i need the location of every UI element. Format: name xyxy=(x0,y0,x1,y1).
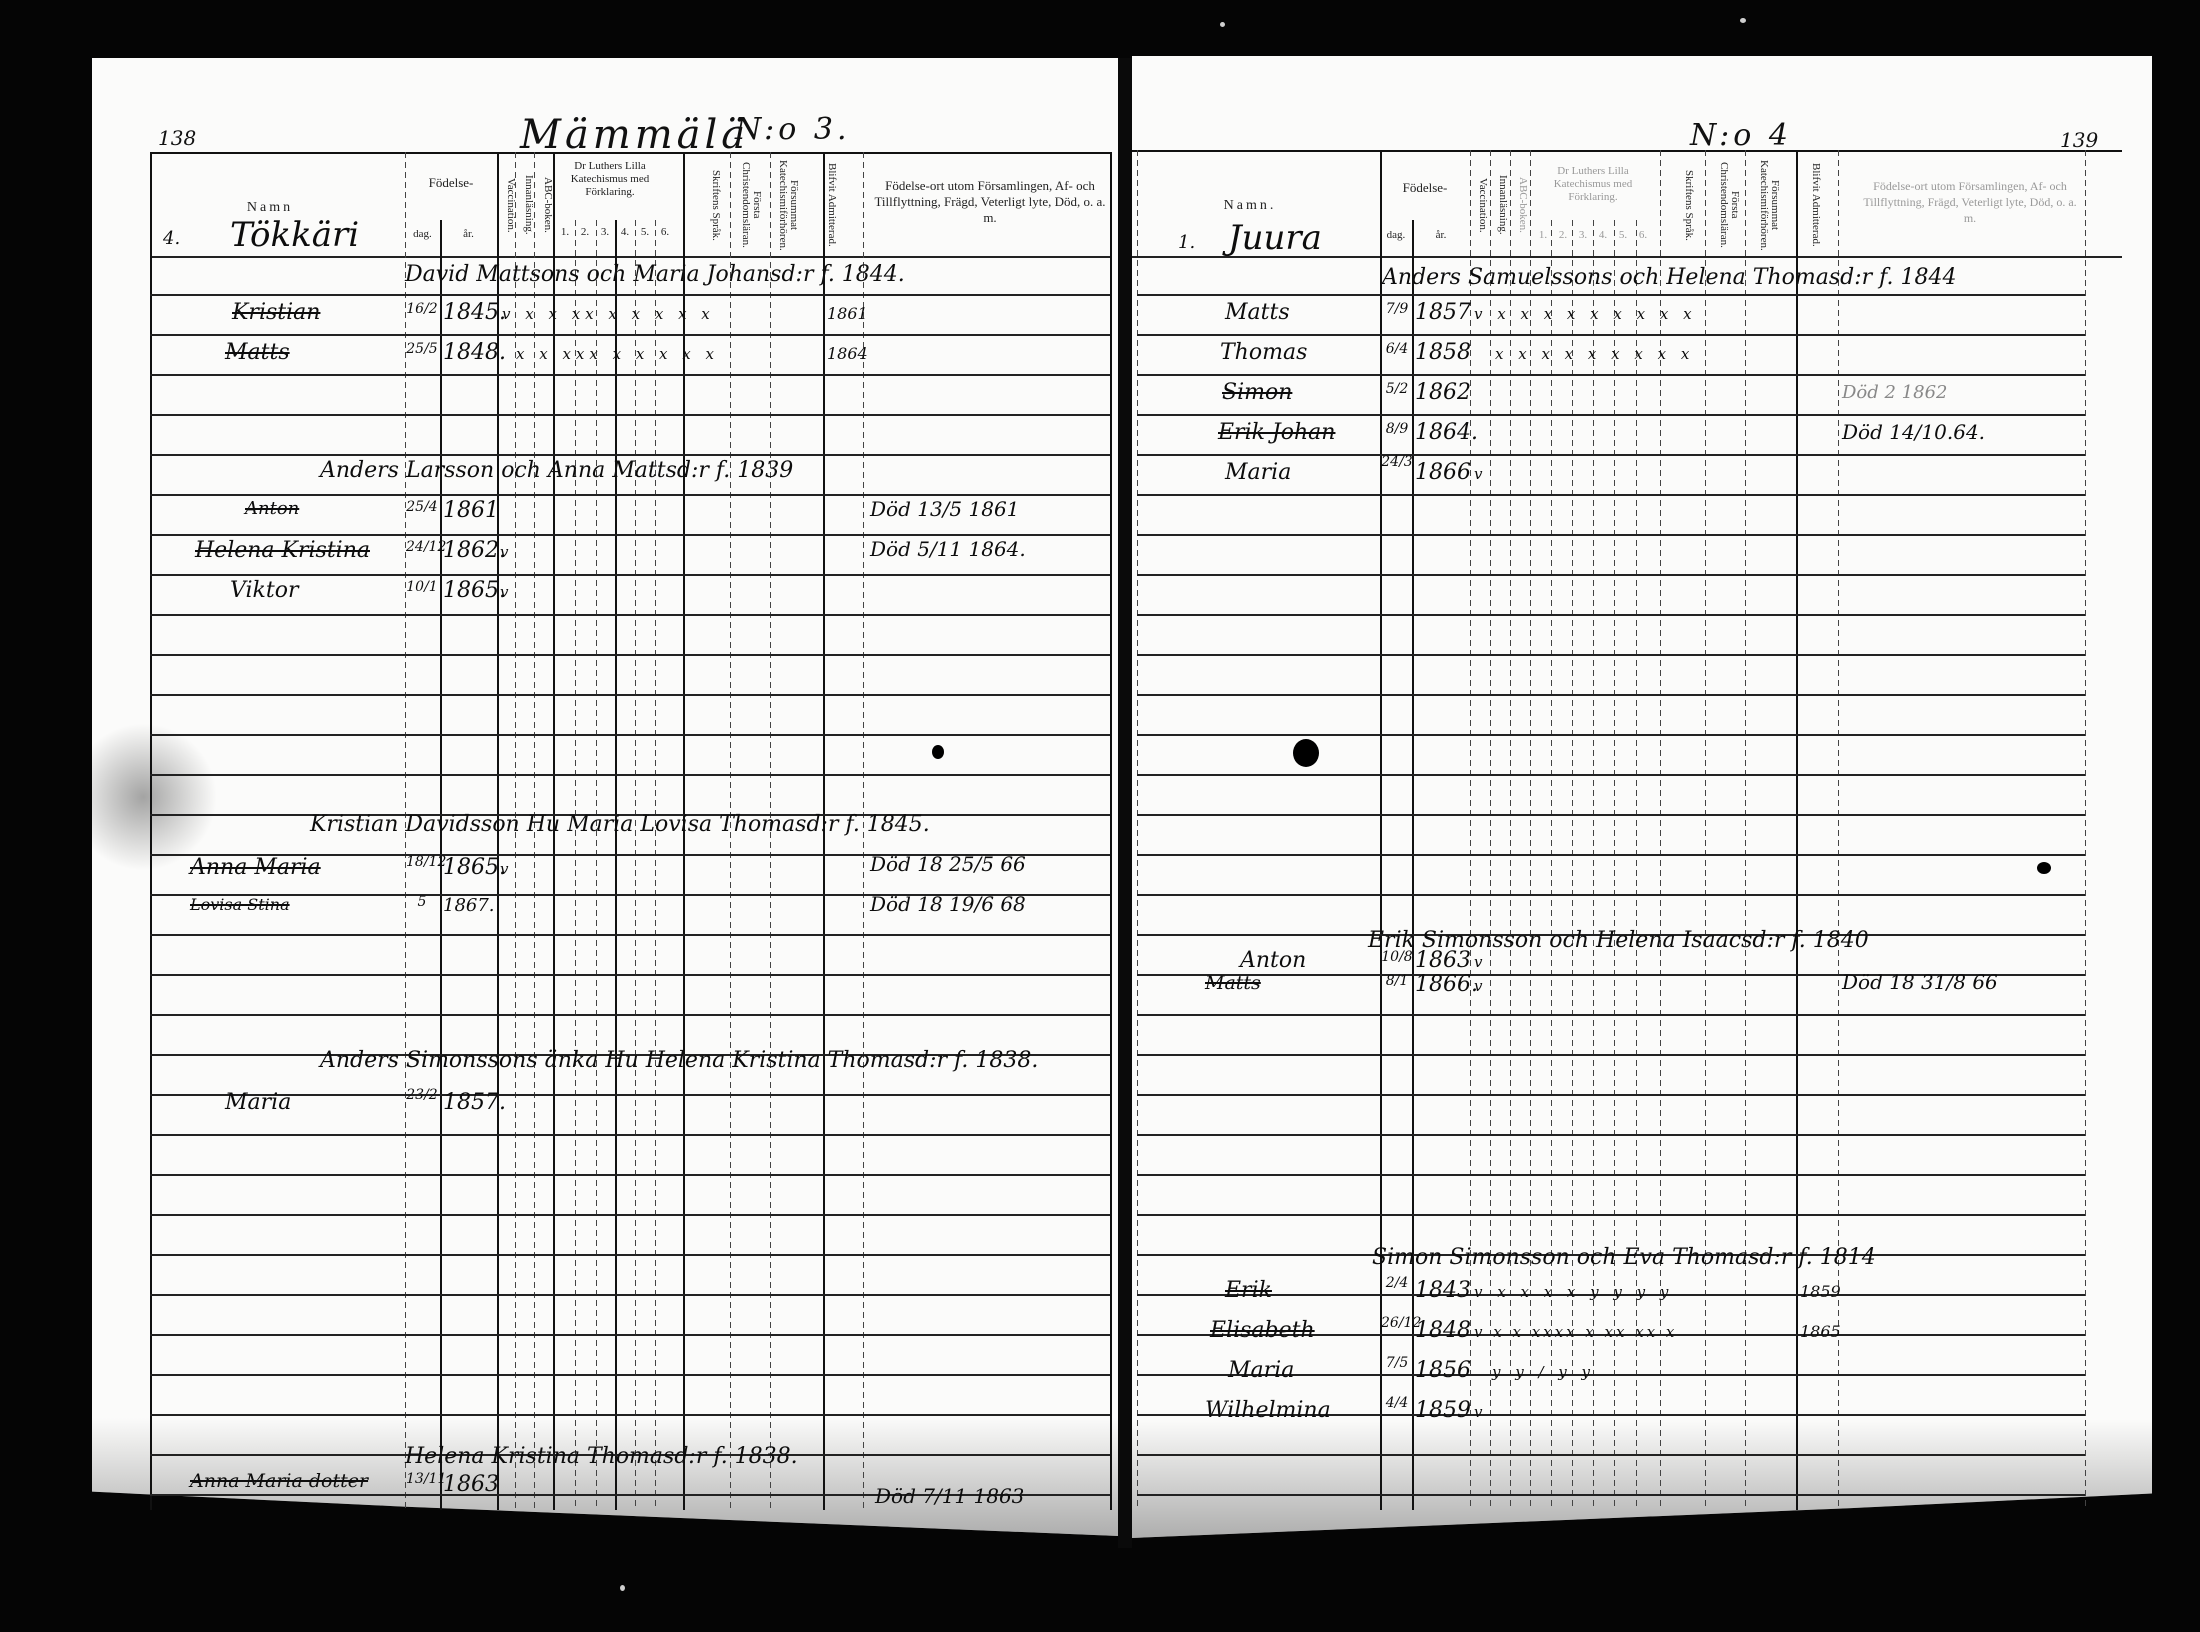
member-birth-year: 1867. xyxy=(443,895,495,916)
catechism-col-3: 3. xyxy=(1573,228,1593,243)
household-heading: Helena Kristina Thomasd:r f. 1838. xyxy=(405,1444,798,1469)
household-heading: Kristian Davidsson Hu Maria Lovisa Thoma… xyxy=(310,812,930,837)
member-name: Anton xyxy=(1240,948,1306,973)
member-remark: Död 18 31/8 66 xyxy=(1842,970,1998,994)
member-marks: v xyxy=(1474,465,1487,483)
member-birth-day: 13/11 xyxy=(406,1472,438,1486)
catechism-col-2: 2. xyxy=(1553,228,1573,243)
member-name: Viktor xyxy=(230,578,298,603)
left-farm-number: 4. xyxy=(163,228,180,249)
ink-blot xyxy=(2037,862,2051,874)
catechism-col-5: 5. xyxy=(635,225,655,240)
household-heading: Anders Larsson och Anna Mattsd:r f. 1839 xyxy=(320,458,793,483)
member-name: Anna Maria dotter xyxy=(190,1470,368,1492)
member-marks: v x x xx x x x x x xyxy=(502,305,715,323)
member-name: Anna Maria xyxy=(190,855,321,880)
member-name: Simon xyxy=(1222,380,1292,405)
member-birth-day: 24/12 xyxy=(406,540,438,554)
member-marks: v xyxy=(1474,977,1487,995)
col-header-birth-day: dag. xyxy=(405,227,440,242)
member-birth-year: 1865. xyxy=(443,578,506,603)
member-birth-year: 1866 xyxy=(1415,460,1471,485)
household-heading: Anders Simonssons änka Hu Helena Kristin… xyxy=(320,1048,1038,1073)
member-admitted: 1864 xyxy=(827,344,868,363)
member-birth-year: 1862 xyxy=(1415,380,1471,405)
member-birth-day: 25/5 xyxy=(406,342,438,356)
left-farm-name: Tökkäri xyxy=(230,215,359,255)
member-birth-year: 1866. xyxy=(1415,972,1478,997)
member-birth-day: 5 xyxy=(406,895,438,909)
catechism-col-4: 4. xyxy=(615,225,635,240)
right-page-number: 139 xyxy=(2060,128,2098,152)
member-birth-day: 8/9 xyxy=(1381,422,1413,436)
col-header-catechism: Dr Luthers Lilla Katechismus med Förklar… xyxy=(555,160,665,199)
member-marks: v xyxy=(1474,953,1487,971)
right-table-right-border xyxy=(2085,150,2086,1510)
member-birth-day: 23/2 xyxy=(406,1088,438,1102)
member-birth-day: 10/1 xyxy=(406,580,438,594)
col-header-christian-doctrine: Första Christendomsläran. xyxy=(1718,160,1740,250)
member-birth-year: 1859 xyxy=(1415,1398,1471,1423)
col-header-name: Namn. xyxy=(1200,198,1300,213)
member-name: Maria xyxy=(1225,460,1291,485)
household-heading: David Mattsons och Maria Johansd:r f. 18… xyxy=(405,262,905,287)
member-birth-day: 26/12 xyxy=(1381,1316,1413,1330)
col-header-christian-doctrine: Första Christendomsläran. xyxy=(740,160,762,250)
member-birth-day: 16/2 xyxy=(406,302,438,316)
col-header-abc: ABC-boken. xyxy=(1517,160,1529,250)
member-birth-year: 1848 xyxy=(1415,1318,1471,1343)
member-remark: Död 13/5 1861 xyxy=(870,497,1019,521)
ink-blot xyxy=(932,745,944,759)
left-page-title-number: N:o 3. xyxy=(735,112,851,147)
household-heading: Simon Simonsson och Eva Thomasd:r f. 181… xyxy=(1372,1245,1876,1270)
catechism-col-6: 6. xyxy=(655,225,675,240)
member-birth-year: 1862. xyxy=(443,538,506,563)
member-name: Erik Johan xyxy=(1218,420,1335,445)
ink-blot xyxy=(1293,739,1319,767)
col-header-writing: Skriftens Språk. xyxy=(1683,160,1695,250)
member-name: Anton xyxy=(245,498,299,519)
member-marks: x x x x x x x x x xyxy=(1495,345,1694,363)
member-marks: v xyxy=(1474,1403,1487,1421)
scan-speck xyxy=(1740,18,1746,23)
col-header-birth-day: dag. xyxy=(1380,228,1412,243)
member-remark: Död 2 1862 xyxy=(1842,382,1948,403)
right-farm-number: 1. xyxy=(1178,232,1195,253)
member-birth-year: 1863 xyxy=(1415,948,1471,973)
member-name: Elisabeth xyxy=(1210,1318,1315,1343)
col-header-admitted: Blifvit Admitterad. xyxy=(826,160,837,250)
col-header-name: Namn xyxy=(200,200,340,215)
member-marks: v x x x x y y y y xyxy=(1474,1283,1673,1301)
catechism-col-3: 3. xyxy=(595,225,615,240)
member-birth-year: 1858 xyxy=(1415,340,1471,365)
member-admitted: 1859 xyxy=(1800,1282,1841,1301)
member-name: Matts xyxy=(1225,300,1290,325)
left-header-top-rule xyxy=(150,152,1110,154)
col-header-birth-year: år. xyxy=(1412,228,1470,243)
catechism-col-1: 1. xyxy=(1533,228,1553,243)
catechism-col-2: 2. xyxy=(575,225,595,240)
member-name: Lovisa Stina xyxy=(190,895,290,914)
member-name: Maria xyxy=(1228,1358,1294,1383)
col-header-writing: Skriftens Språk. xyxy=(710,160,722,250)
scan-speck xyxy=(1220,22,1225,27)
member-birth-year: 1864. xyxy=(1415,420,1478,445)
col-header-remarks: Födelse-ort utom Församlingen, Af- och T… xyxy=(870,178,1110,226)
member-admitted: 1861 xyxy=(827,304,868,323)
member-birth-day: 18/12 xyxy=(406,855,438,869)
catechism-col-5: 5. xyxy=(1613,228,1633,243)
member-birth-year: 1863 xyxy=(443,1472,499,1497)
member-marks: v x x x x x x x x x xyxy=(1474,305,1697,323)
member-marks: v xyxy=(500,543,513,561)
member-birth-year: 1857 xyxy=(1415,300,1471,325)
member-birth-day: 5/2 xyxy=(1381,382,1413,396)
member-birth-day: 10/8 xyxy=(1381,950,1413,964)
col-header-reading: Innanläsning. xyxy=(1497,160,1509,250)
member-birth-day: 8/1 xyxy=(1381,974,1413,988)
col-header-admitted: Blifvit Admitterad. xyxy=(1810,160,1821,250)
member-remark: Död 18 19/6 68 xyxy=(870,892,1026,916)
household-heading: Anders Samuelssons och Helena Thomasd:r … xyxy=(1382,265,1956,290)
right-farm-name: Juura xyxy=(1228,218,1322,258)
member-birth-year: 1848. xyxy=(443,340,506,365)
member-name: Matts xyxy=(225,340,290,365)
member-name: Wilhelmina xyxy=(1205,1398,1331,1423)
catechism-col-4: 4. xyxy=(1593,228,1613,243)
member-remark: Död 7/11 1863 xyxy=(875,1484,1024,1508)
col-header-birth: Födelse- xyxy=(405,175,497,190)
right-page-title-number: N:o 4 xyxy=(1690,118,1792,153)
member-marks: v x x xxxx x xx xx x xyxy=(1474,1323,1677,1341)
member-name: Maria xyxy=(225,1090,291,1115)
left-page-number: 138 xyxy=(158,126,196,150)
left-ruled-lines xyxy=(150,256,1110,1512)
member-name: Thomas xyxy=(1220,340,1307,365)
member-name: Kristian xyxy=(232,300,320,325)
member-admitted: 1865 xyxy=(1800,1322,1841,1341)
left-table-right-border xyxy=(1110,152,1112,1510)
col-header-catechism-teachers: Försummat Katechismiförhören. xyxy=(777,160,799,250)
col-header-vaccination: Vaccination. xyxy=(1477,160,1489,250)
member-remark: Död 18 25/5 66 xyxy=(870,852,1026,876)
col-header-catechism: Dr Luthers Lilla Katechismus med Förklar… xyxy=(1533,165,1653,204)
member-birth-day: 7/9 xyxy=(1381,302,1413,316)
book-spine xyxy=(1118,58,1132,1548)
member-name: Erik xyxy=(1225,1278,1272,1303)
member-marks: v xyxy=(500,583,513,601)
member-birth-year: 1856 xyxy=(1415,1358,1471,1383)
member-birth-year: 1857. xyxy=(443,1090,506,1115)
member-birth-year: 1861 xyxy=(443,498,499,523)
col-header-catechism-teachers: Försummat Katechismiförhören. xyxy=(1758,160,1780,250)
scan-speck xyxy=(620,1585,625,1591)
member-birth-day: 25/4 xyxy=(406,500,438,514)
col-header-birth-year: år. xyxy=(440,227,497,242)
member-marks: x x xxx x x x x x xyxy=(516,345,719,363)
member-birth-year: 1865. xyxy=(443,855,506,880)
catechism-col-1: 1. xyxy=(555,225,575,240)
member-birth-year: 1845. xyxy=(443,300,506,325)
member-birth-day: 24/3 xyxy=(1381,455,1413,469)
col-header-birth: Födelse- xyxy=(1380,180,1470,195)
member-birth-year: 1843 xyxy=(1415,1278,1471,1303)
right-header-top-rule xyxy=(1132,150,2122,152)
member-birth-day: 4/4 xyxy=(1381,1396,1413,1410)
member-name: Helena Kristina xyxy=(195,538,370,563)
member-birth-day: 6/4 xyxy=(1381,342,1413,356)
member-birth-day: 7/5 xyxy=(1381,1356,1413,1370)
member-name: Matts xyxy=(1205,972,1261,994)
member-remark: Död 14/10.64. xyxy=(1842,420,1985,444)
member-birth-day: 2/4 xyxy=(1381,1276,1413,1290)
member-remark: Död 5/11 1864. xyxy=(870,537,1026,561)
member-marks: v xyxy=(500,860,513,878)
member-marks: y y / y y xyxy=(1492,1363,1595,1381)
col-header-remarks: Födelse-ort utom Församlingen, Af- och T… xyxy=(1860,178,2080,226)
